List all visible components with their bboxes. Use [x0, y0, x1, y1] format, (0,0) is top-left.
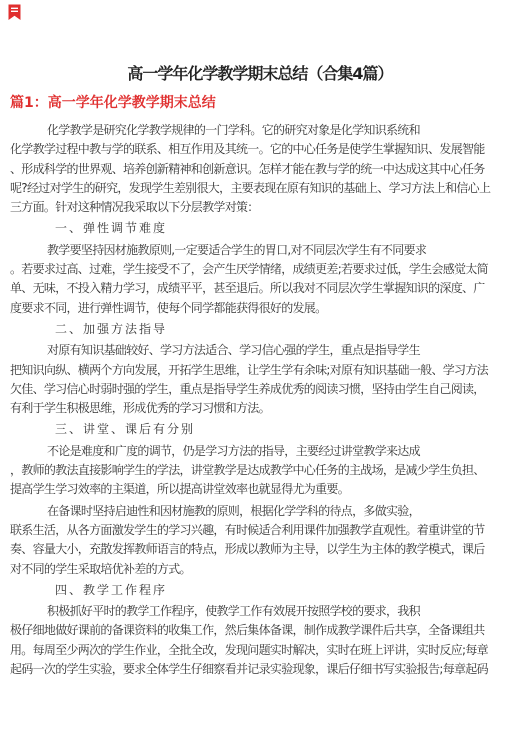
paragraph-line: 不论是难度和广度的调节，仍是学习方法的指导，主要经过讲堂教学来达成 [10, 442, 510, 461]
section-subheading: 四、教学工作程序 [10, 581, 510, 600]
paragraph-line: 呢?经过对学生的研究，发现学生差别很大，主要表现在原有知识的基础上、学习方法上和… [10, 179, 510, 198]
paragraph-line: ，教师的教法直接影响学生的学法，讲堂教学是达成教学中心任务的主战场，是减少学生负… [10, 461, 510, 480]
paragraph-line: 起码一次的学生实验，要求全体学生仔细察看并记录实验现象，课后仔细书写实验报告;每… [10, 660, 510, 679]
paragraph-line: 联系生活，从各方面激发学生的学习兴趣，有时候适合利用课件加强教学直观性。着重讲堂… [10, 521, 510, 540]
paragraph-line: 积极抓好平时的教学工作程序，使教学工作有效展开按照学校的要求，我积 [10, 602, 510, 621]
section-subheading: 二、加强方法指导 [10, 320, 510, 339]
subheading-text: 四、教学工作程序 [10, 581, 510, 600]
paragraph-line: 。若要求过高、过难，学生接受不了，会产生厌学情绪，成绩更差;若要求过低，学生会感… [10, 260, 510, 279]
paragraph: 化学教学是研究化学教学规律的一门学科。它的研究对象是化学知识系统和化学教学过程中… [10, 121, 510, 217]
paragraph-line: 对原有知识基础较好、学习方法适合、学习信心强的学生，重点是指导学生 [10, 341, 510, 360]
document-content: 高一学年化学教学期末总结（合集4篇） 篇1：高一学年化学教学期末总结 化学教学是… [0, 0, 520, 679]
paragraph-line: 在备课时坚持启迪性和因材施教的原则，根据化学学科的待点，多做实验， [10, 502, 510, 521]
paragraph-line: 三方面。针对这种情况我采取以下分层教学对策： [10, 198, 510, 217]
paragraph: 在备课时坚持启迪性和因材施教的原则，根据化学学科的待点，多做实验，联系生活，从各… [10, 502, 510, 579]
paragraph-line: 化学教学过程中教与学的联系、相互作用及其统一。它的中心任务是使学生掌握知识、发展… [10, 140, 510, 159]
paragraph-line: 欠佳、学习信心时弱时强的学生，重点是指导学生养成优秀的阅读习惯，坚持由学生自己阅… [10, 380, 510, 399]
article-1-heading: 篇1：高一学年化学教学期末总结 [10, 94, 510, 112]
paragraph-line: 、形成科学的世界观、培养创新精神和创新意识。怎样才能在教与学的统一中达成这其中心… [10, 160, 510, 179]
section-subheading: 三、讲堂、课后有分别 [10, 420, 510, 439]
section-subheading: 一、弹性调节难度 [10, 219, 510, 238]
paragraph-line: 提高学生学习效率的主渠道，所以提高讲堂效率也就显得尤为重要。 [10, 480, 510, 499]
paragraph-line: 用。每周至少两次的学生作业，全批全改，发现问题实时解决，实时在班上评讲，实时反应… [10, 641, 510, 660]
paragraph-line: 把知识向纵、横两个方向发展，开拓学生思维，让学生学有余味;对原有知识基础一般、学… [10, 361, 510, 380]
paragraph: 积极抓好平时的教学工作程序，使教学工作有效展开按照学校的要求，我积极仔细地做好课… [10, 602, 510, 679]
red-seal-ribbon-icon [7, 4, 22, 21]
paragraph-line: 有利于学生积极思维，形成优秀的学习习惯和方法。 [10, 399, 510, 418]
paragraph-line: 化学教学是研究化学教学规律的一门学科。它的研究对象是化学知识系统和 [10, 121, 510, 140]
subheading-text: 三、讲堂、课后有分别 [10, 420, 510, 439]
paragraph: 对原有知识基础较好、学习方法适合、学习信心强的学生，重点是指导学生把知识向纵、横… [10, 341, 510, 418]
subheading-text: 一、弹性调节难度 [10, 219, 510, 238]
paragraph: 教学要坚持因材施教原则,一定要适合学生的胃口,对不同层次学生有不同要求。若要求过… [10, 241, 510, 318]
document-body: 化学教学是研究化学教学规律的一门学科。它的研究对象是化学知识系统和化学教学过程中… [10, 121, 510, 679]
paragraph-line: 极仔细地做好课前的备课资料的收集工作，然后集体备课，制作成教学课件后共享，全备课… [10, 621, 510, 640]
paragraph-line: 对不同的学生采取培优补差的方式。 [10, 560, 510, 579]
document-page: 高一学年化学教学期末总结（合集4篇） 篇1：高一学年化学教学期末总结 化学教学是… [0, 0, 520, 736]
paragraph: 不论是难度和广度的调节，仍是学习方法的指导，主要经过讲堂教学来达成，教师的教法直… [10, 442, 510, 500]
paragraph-line: 奏、容量大小，充散发挥教师语言的特点，形成以教师为主导，以学生为主体的教学模式，… [10, 540, 510, 559]
document-title: 高一学年化学教学期末总结（合集4篇） [10, 62, 510, 86]
paragraph-line: 单、无味，不投入精力学习，成绩平平，甚至退后。所以我对不同层次学生掌握知识的深度… [10, 279, 510, 298]
paragraph-line: 教学要坚持因材施教原则,一定要适合学生的胃口,对不同层次学生有不同要求 [10, 241, 510, 260]
paragraph-line: 度要求不同，进行弹性调节，使每个同学都能获得很好的发展。 [10, 299, 510, 318]
subheading-text: 二、加强方法指导 [10, 320, 510, 339]
